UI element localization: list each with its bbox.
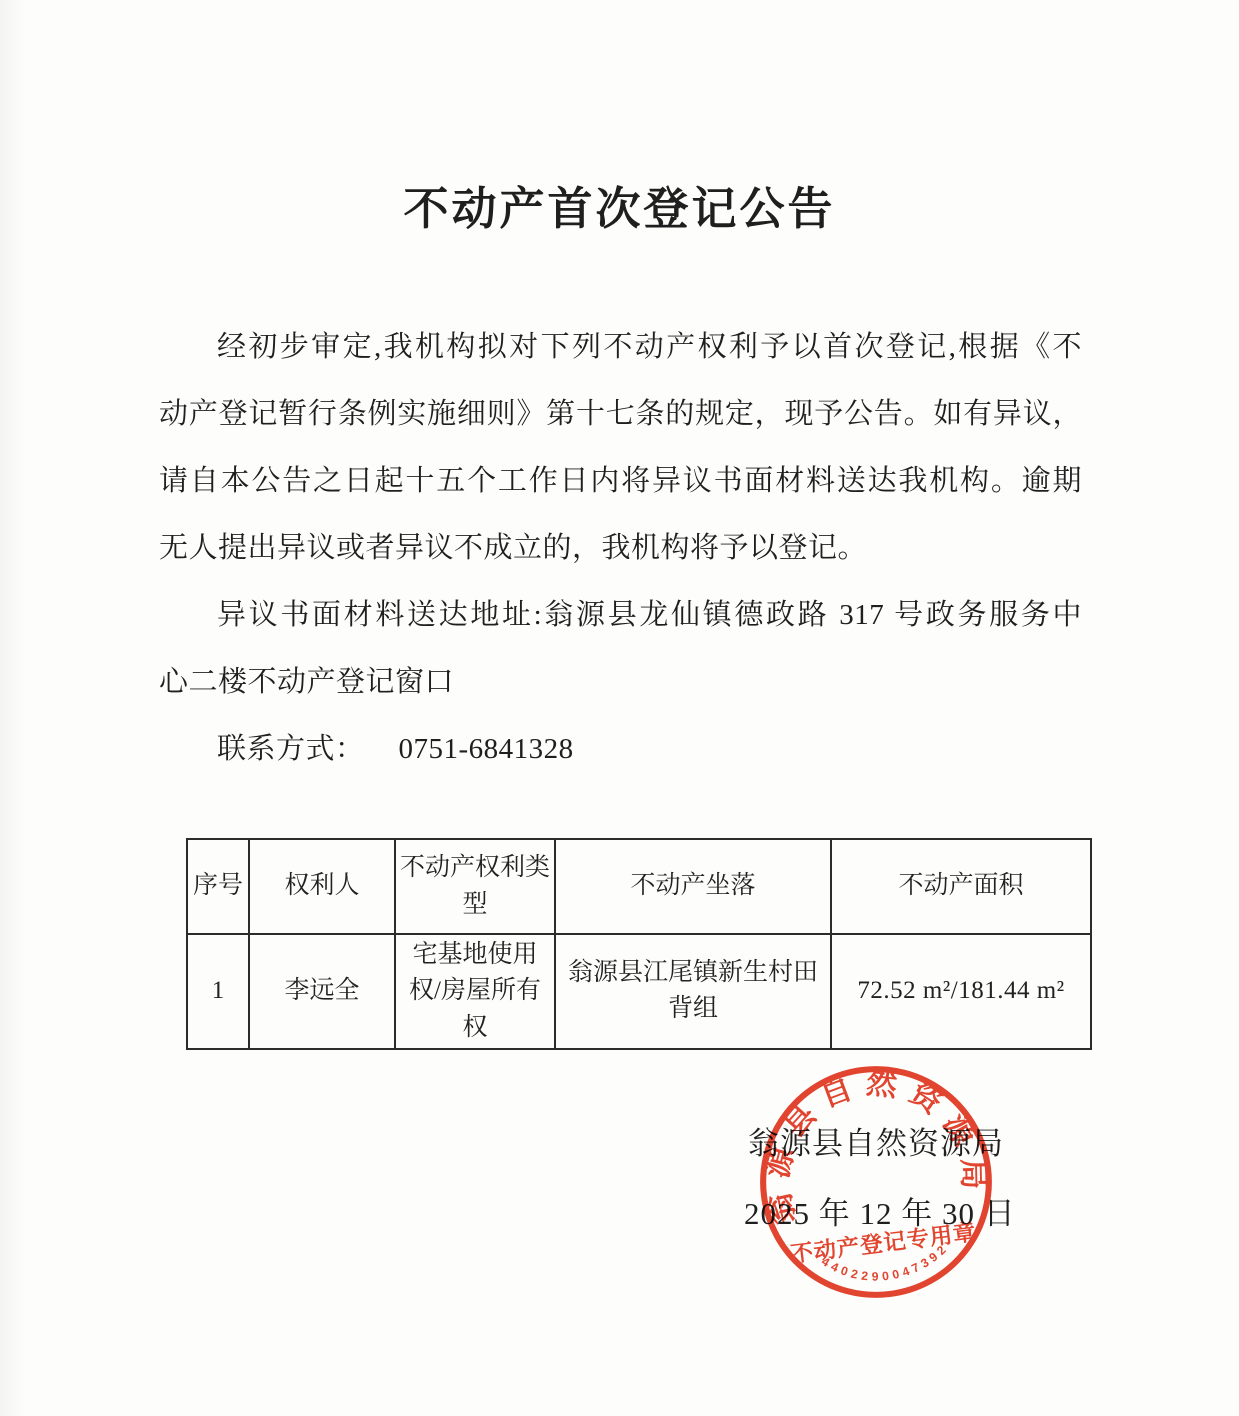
cell-area: 72.52 m²/181.44 m²: [831, 934, 1091, 1049]
header-type: 不动产权利类型: [395, 839, 555, 934]
announcement-body: 经初步审定,我机构拟对下列不动产权利予以首次登记,根据《不 动产登记暂行条例实施…: [159, 314, 1082, 783]
cell-type: 宅基地使用权/房屋所有权: [395, 934, 555, 1049]
header-holder: 权利人: [249, 839, 395, 934]
body-line: 请自本公告之日起十五个工作日内将异议书面材料送达我机构。逾期: [159, 448, 1082, 515]
contact-label: 联系方式：: [217, 733, 365, 765]
contact-line: 联系方式：0751-6841328: [159, 716, 1082, 783]
page-title: 不动产首次登记公告: [0, 172, 1239, 237]
header-location: 不动产坐落: [555, 839, 831, 934]
body-line: 心二楼不动产登记窗口: [159, 649, 1082, 716]
seal-arc-text: 翁源县自然资源局: [747, 1052, 995, 1227]
cell-holder: 李远全: [249, 934, 395, 1049]
body-line: 无人提出异议或者异议不成立的，我机构将予以登记。: [159, 515, 1082, 582]
body-line: 动产登记暂行条例实施细则》第十七条的规定，现予公告。如有异议，: [159, 381, 1082, 448]
table-header-row: 序号 权利人 不动产权利类型 不动产坐落 不动产面积: [187, 839, 1091, 934]
header-area: 不动产面积: [831, 839, 1091, 934]
body-line: 经初步审定,我机构拟对下列不动产权利予以首次登记,根据《不: [159, 314, 1082, 381]
cell-seq: 1: [187, 934, 249, 1049]
contact-phone: 0751-6841328: [399, 733, 574, 765]
announcement-document: 不动产首次登记公告 经初步审定,我机构拟对下列不动产权利予以首次登记,根据《不 …: [0, 0, 1239, 1416]
cell-location: 翁源县江尾镇新生村田背组: [555, 934, 831, 1049]
registration-table: 序号 权利人 不动产权利类型 不动产坐落 不动产面积 1 李远全 宅基地使用权/…: [186, 838, 1092, 1050]
official-seal: 翁源县自然资源局 不动产登记专用章 4402290047392: [740, 1046, 1012, 1318]
seal-bottom-text: 不动产登记专用章: [789, 1218, 978, 1267]
header-seq: 序号: [187, 839, 249, 934]
table-row: 1 李远全 宅基地使用权/房屋所有权 翁源县江尾镇新生村田背组 72.52 m²…: [187, 934, 1091, 1049]
body-line: 异议书面材料送达地址:翁源县龙仙镇德政路 317 号政务服务中: [159, 582, 1082, 649]
